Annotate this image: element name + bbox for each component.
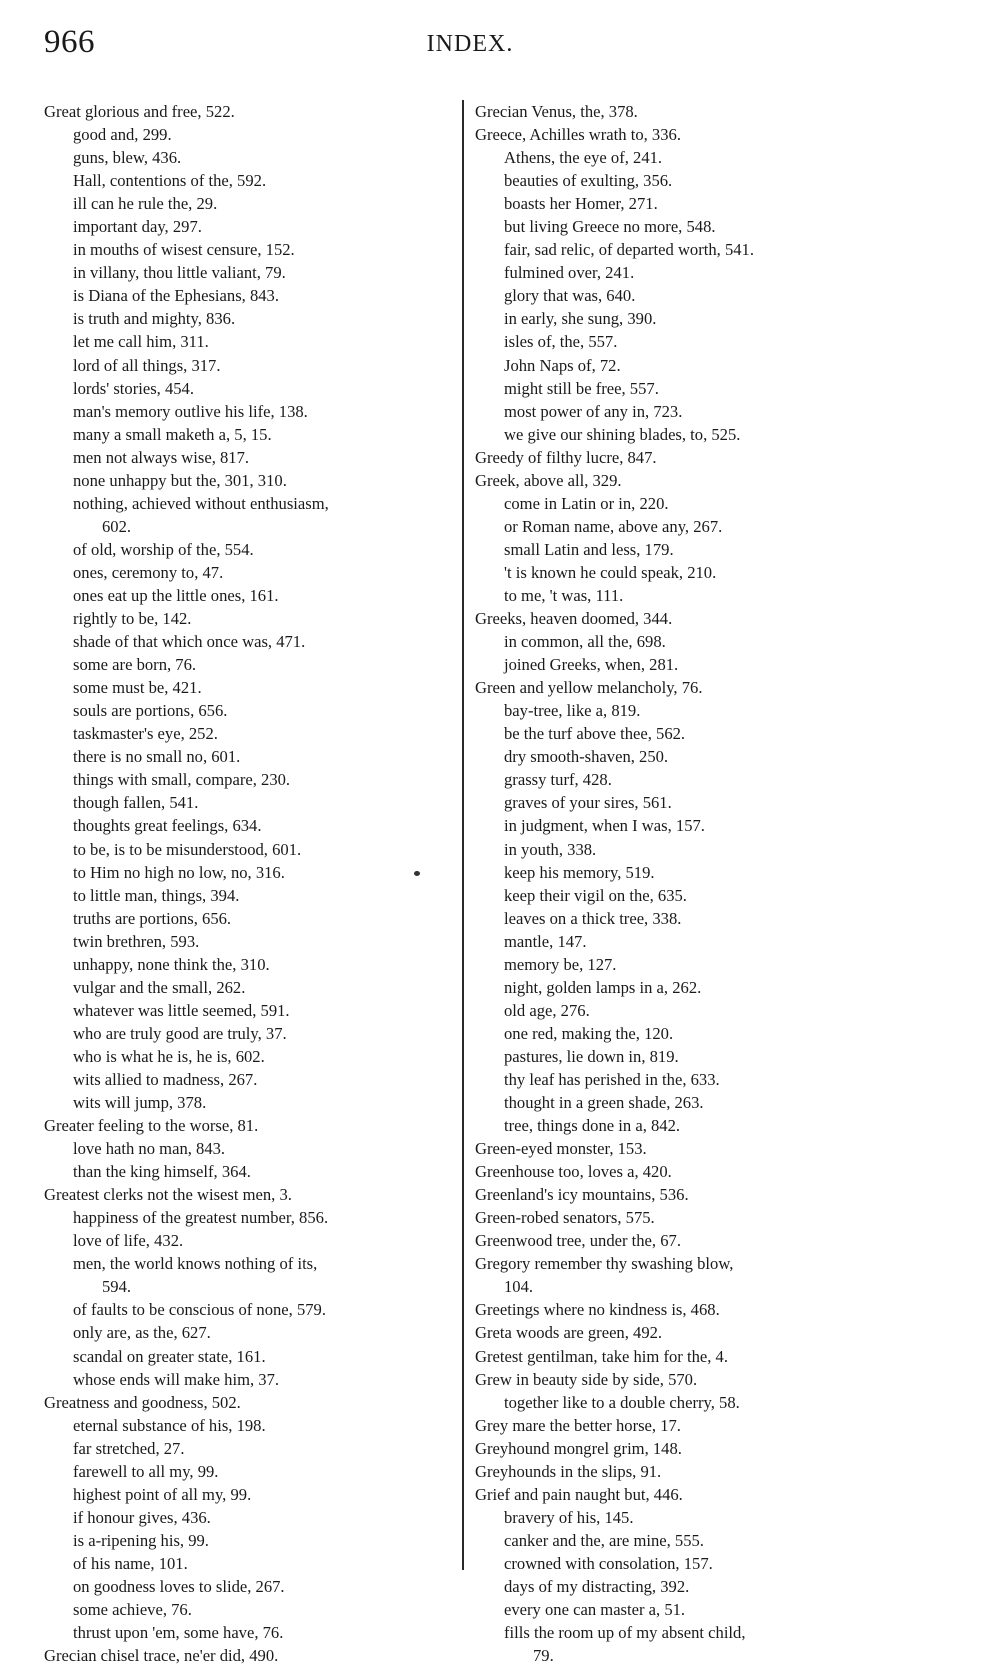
index-subentry: let me call him, 311.: [44, 330, 459, 353]
entry-text: Greta woods are green, 492.: [475, 1323, 662, 1342]
index-subentry: unhappy, none think the, 310.: [44, 953, 459, 976]
entry-text: though fallen, 541.: [73, 793, 198, 812]
entry-text: far stretched, 27.: [73, 1439, 185, 1458]
entry-text: crowned with consolation, 157.: [504, 1554, 713, 1573]
index-subentry: is a-ripening his, 99.: [44, 1529, 459, 1552]
index-subentry: of his name, 101.: [44, 1552, 459, 1575]
index-entry-heading: Greenland's icy mountains, 536.: [475, 1183, 915, 1206]
running-head: INDEX.: [0, 26, 940, 62]
index-subentry: vulgar and the small, 262.: [44, 976, 459, 999]
index-subentry: memory be, 127.: [475, 953, 915, 976]
index-subentry: wits will jump, 378.: [44, 1091, 459, 1114]
entry-text: memory be, 127.: [504, 955, 616, 974]
entry-text: who is what he is, he is, 602.: [73, 1047, 265, 1066]
entry-text: Gretest gentilman, take him for the, 4.: [475, 1347, 728, 1366]
index-entry-heading: Grecian chisel trace, ne'er did, 490.: [44, 1644, 459, 1667]
entry-text: to be, is to be misunderstood, 601.: [73, 840, 301, 859]
index-entry-heading: Gretest gentilman, take him for the, 4.: [475, 1345, 915, 1368]
index-subentry: happiness of the greatest number, 856.: [44, 1206, 459, 1229]
index-entry-heading: Greyhound mongrel grim, 148.: [475, 1437, 915, 1460]
entry-text: night, golden lamps in a, 262.: [504, 978, 701, 997]
entry-text: of his name, 101.: [73, 1554, 188, 1573]
index-entry-heading: Greeks, heaven doomed, 344.: [475, 607, 915, 630]
index-entry-heading: Greetings where no kindness is, 468.: [475, 1298, 915, 1321]
entry-text: Grecian chisel trace, ne'er did, 490.: [44, 1646, 278, 1665]
index-subentry: isles of, the, 557.: [475, 330, 915, 353]
entry-text: lord of all things, 317.: [73, 356, 221, 375]
index-subentry: one red, making the, 120.: [475, 1022, 915, 1045]
index-subentry: there is no small no, 601.: [44, 745, 459, 768]
entry-text: days of my distracting, 392.: [504, 1577, 689, 1596]
index-subentry: beauties of exulting, 356.: [475, 169, 915, 192]
entry-text: nothing, achieved without enthusiasm,: [73, 494, 329, 513]
entry-text: isles of, the, 557.: [504, 332, 617, 351]
index-subentry: Hall, contentions of the, 592.: [44, 169, 459, 192]
index-subentry: on goodness loves to slide, 267.: [44, 1575, 459, 1598]
entry-page-continuation: 79.: [504, 1644, 915, 1667]
entry-text: Greenhouse too, loves a, 420.: [475, 1162, 672, 1181]
index-subentry: to little man, things, 394.: [44, 884, 459, 907]
entry-text: fulmined over, 241.: [504, 263, 634, 282]
index-subentry: fills the room up of my absent child,79.: [475, 1621, 915, 1667]
index-subentry: taskmaster's eye, 252.: [44, 722, 459, 745]
entry-text: farewell to all my, 99.: [73, 1462, 218, 1481]
entry-text: thought in a green shade, 263.: [504, 1093, 704, 1112]
entry-page-continuation: 104.: [475, 1275, 915, 1298]
index-subentry: some achieve, 76.: [44, 1598, 459, 1621]
entry-text: Hall, contentions of the, 592.: [73, 171, 266, 190]
index-subentry: souls are portions, 656.: [44, 699, 459, 722]
entry-text: dry smooth-shaven, 250.: [504, 747, 668, 766]
index-entry-heading: Greta woods are green, 492.: [475, 1321, 915, 1344]
entry-text: Greeks, heaven doomed, 344.: [475, 609, 672, 628]
index-subentry: fair, sad relic, of departed worth, 541.: [475, 238, 915, 261]
entry-text: Greenland's icy mountains, 536.: [475, 1185, 689, 1204]
entry-text: only are, as the, 627.: [73, 1323, 211, 1342]
index-subentry: tree, things done in a, 842.: [475, 1114, 915, 1137]
entry-text: we give our shining blades, to, 525.: [504, 425, 740, 444]
index-subentry: ones, ceremony to, 47.: [44, 561, 459, 584]
entry-text: thrust upon 'em, some have, 76.: [73, 1623, 283, 1642]
entry-text: old age, 276.: [504, 1001, 590, 1020]
index-column-left: Great glorious and free, 522.good and, 2…: [44, 100, 459, 1667]
index-entry-heading: Greek, above all, 329.: [475, 469, 915, 492]
index-subentry: might still be free, 557.: [475, 377, 915, 400]
entry-text: twin brethren, 593.: [73, 932, 199, 951]
entry-text: unhappy, none think the, 310.: [73, 955, 270, 974]
entry-text: but living Greece no more, 548.: [504, 217, 716, 236]
entry-text: if honour gives, 436.: [73, 1508, 211, 1527]
index-subentry: grassy turf, 428.: [475, 768, 915, 791]
entry-text: is a-ripening his, 99.: [73, 1531, 209, 1550]
entry-text: is truth and mighty, 836.: [73, 309, 235, 328]
entry-text: rightly to be, 142.: [73, 609, 191, 628]
entry-text: to little man, things, 394.: [73, 886, 239, 905]
entry-text: vulgar and the small, 262.: [73, 978, 245, 997]
entry-text: men not always wise, 817.: [73, 448, 249, 467]
index-subentry: only are, as the, 627.: [44, 1321, 459, 1344]
entry-text: ones, ceremony to, 47.: [73, 563, 223, 582]
index-subentry: of old, worship of the, 554.: [44, 538, 459, 561]
entry-text: Great glorious and free, 522.: [44, 102, 235, 121]
entry-text: men, the world knows nothing of its,: [73, 1254, 317, 1273]
index-subentry: old age, 276.: [475, 999, 915, 1022]
index-subentry: most power of any in, 723.: [475, 400, 915, 423]
index-subentry: in youth, 338.: [475, 838, 915, 861]
entry-text: most power of any in, 723.: [504, 402, 682, 421]
entry-text: leaves on a thick tree, 338.: [504, 909, 681, 928]
entry-text: some must be, 421.: [73, 678, 202, 697]
index-subentry: bravery of his, 145.: [475, 1506, 915, 1529]
index-subentry: if honour gives, 436.: [44, 1506, 459, 1529]
entry-text: thoughts great feelings, 634.: [73, 816, 262, 835]
index-entry-heading: Grief and pain naught but, 446.: [475, 1483, 915, 1506]
entry-text: come in Latin or in, 220.: [504, 494, 669, 513]
index-entry-heading: Greece, Achilles wrath to, 336.: [475, 123, 915, 146]
entry-text: important day, 297.: [73, 217, 202, 236]
index-subentry: who is what he is, he is, 602.: [44, 1045, 459, 1068]
index-subentry: dry smooth-shaven, 250.: [475, 745, 915, 768]
index-subentry: though fallen, 541.: [44, 791, 459, 814]
entry-text: on goodness loves to slide, 267.: [73, 1577, 285, 1596]
index-subentry: good and, 299.: [44, 123, 459, 146]
entry-text: Green-robed senators, 575.: [475, 1208, 655, 1227]
entry-text: whatever was little seemed, 591.: [73, 1001, 290, 1020]
entry-text: love hath no man, 843.: [73, 1139, 225, 1158]
index-subentry: lords' stories, 454.: [44, 377, 459, 400]
entry-text: than the king himself, 364.: [73, 1162, 251, 1181]
index-subentry: we give our shining blades, to, 525.: [475, 423, 915, 446]
entry-text: canker and the, are mine, 555.: [504, 1531, 704, 1550]
index-subentry: some are born, 76.: [44, 653, 459, 676]
index-subentry: whose ends will make him, 37.: [44, 1368, 459, 1391]
index-subentry: keep his memory, 519.: [475, 861, 915, 884]
index-entry-heading: Greater feeling to the worse, 81.: [44, 1114, 459, 1137]
index-subentry: graves of your sires, 561.: [475, 791, 915, 814]
entry-text: Greedy of filthy lucre, 847.: [475, 448, 657, 467]
entry-text: mantle, 147.: [504, 932, 587, 951]
entry-text: bay-tree, like a, 819.: [504, 701, 640, 720]
index-subentry: things with small, compare, 230.: [44, 768, 459, 791]
entry-text: let me call him, 311.: [73, 332, 209, 351]
entry-text: keep their vigil on the, 635.: [504, 886, 687, 905]
entry-text: many a small maketh a, 5, 15.: [73, 425, 272, 444]
entry-text: truths are portions, 656.: [73, 909, 231, 928]
entry-text: be the turf above thee, 562.: [504, 724, 685, 743]
entry-text: love of life, 432.: [73, 1231, 183, 1250]
entry-page-continuation: 602.: [73, 515, 459, 538]
index-subentry: in villany, thou little valiant, 79.: [44, 261, 459, 284]
index-entry-heading: Green-eyed monster, 153.: [475, 1137, 915, 1160]
entry-text: in mouths of wisest censure, 152.: [73, 240, 295, 259]
entry-text: fills the room up of my absent child,: [504, 1623, 746, 1642]
index-entry-heading: Greatness and goodness, 502.: [44, 1391, 459, 1414]
entry-text: in early, she sung, 390.: [504, 309, 656, 328]
index-subentry: nothing, achieved without enthusiasm,602…: [44, 492, 459, 538]
entry-text: whose ends will make him, 37.: [73, 1370, 279, 1389]
index-subentry: in judgment, when I was, 157.: [475, 814, 915, 837]
index-subentry: in common, all the, 698.: [475, 630, 915, 653]
index-subentry: important day, 297.: [44, 215, 459, 238]
ink-speck: [414, 871, 420, 876]
index-subentry: far stretched, 27.: [44, 1437, 459, 1460]
index-subentry: men not always wise, 817.: [44, 446, 459, 469]
entry-text: eternal substance of his, 198.: [73, 1416, 266, 1435]
entry-text: or Roman name, above any, 267.: [504, 517, 722, 536]
index-subentry: some must be, 421.: [44, 676, 459, 699]
index-subentry: whatever was little seemed, 591.: [44, 999, 459, 1022]
index-subentry: canker and the, are mine, 555.: [475, 1529, 915, 1552]
entry-page-continuation: 594.: [73, 1275, 459, 1298]
entry-text: pastures, lie down in, 819.: [504, 1047, 679, 1066]
entry-text: Greater feeling to the worse, 81.: [44, 1116, 258, 1135]
entry-text: Gregory remember thy swashing blow,: [475, 1254, 733, 1273]
index-subentry: in early, she sung, 390.: [475, 307, 915, 330]
index-subentry: to be, is to be misunderstood, 601.: [44, 838, 459, 861]
index-subentry: highest point of all my, 99.: [44, 1483, 459, 1506]
entry-text: highest point of all my, 99.: [73, 1485, 251, 1504]
entry-text: bravery of his, 145.: [504, 1508, 634, 1527]
index-entry-heading: Greyhounds in the slips, 91.: [475, 1460, 915, 1483]
index-subentry: eternal substance of his, 198.: [44, 1414, 459, 1437]
entry-text: Greyhound mongrel grim, 148.: [475, 1439, 682, 1458]
entry-text: thy leaf has perished in the, 633.: [504, 1070, 720, 1089]
entry-text: ill can he rule the, 29.: [73, 194, 217, 213]
index-subentry: mantle, 147.: [475, 930, 915, 953]
index-subentry: shade of that which once was, 471.: [44, 630, 459, 653]
index-subentry: every one can master a, 51.: [475, 1598, 915, 1621]
entry-text: of faults to be conscious of none, 579.: [73, 1300, 326, 1319]
entry-text: Grey mare the better horse, 17.: [475, 1416, 681, 1435]
entry-text: to Him no high no low, no, 316.: [73, 863, 285, 882]
entry-text: one red, making the, 120.: [504, 1024, 673, 1043]
index-subentry: in mouths of wisest censure, 152.: [44, 238, 459, 261]
entry-text: who are truly good are truly, 37.: [73, 1024, 287, 1043]
entry-text: Grew in beauty side by side, 570.: [475, 1370, 697, 1389]
entry-text: souls are portions, 656.: [73, 701, 227, 720]
index-subentry: boasts her Homer, 271.: [475, 192, 915, 215]
index-entry-heading: Green and yellow melancholy, 76.: [475, 676, 915, 699]
entry-text: graves of your sires, 561.: [504, 793, 672, 812]
index-subentry: of faults to be conscious of none, 579.: [44, 1298, 459, 1321]
index-subentry: bay-tree, like a, 819.: [475, 699, 915, 722]
index-entry-heading: Grew in beauty side by side, 570.: [475, 1368, 915, 1391]
index-subentry: thoughts great feelings, 634.: [44, 814, 459, 837]
index-subentry: love of life, 432.: [44, 1229, 459, 1252]
index-subentry: ones eat up the little ones, 161.: [44, 584, 459, 607]
index-subentry: thought in a green shade, 263.: [475, 1091, 915, 1114]
index-subentry: wits allied to madness, 267.: [44, 1068, 459, 1091]
index-subentry: together like to a double cherry, 58.: [475, 1391, 915, 1414]
index-subentry: lord of all things, 317.: [44, 354, 459, 377]
entry-text: tree, things done in a, 842.: [504, 1116, 680, 1135]
entry-text: small Latin and less, 179.: [504, 540, 674, 559]
entry-text: of old, worship of the, 554.: [73, 540, 254, 559]
entry-text: in youth, 338.: [504, 840, 596, 859]
index-subentry: to me, 't was, 111.: [475, 584, 915, 607]
index-subentry: man's memory outlive his life, 138.: [44, 400, 459, 423]
entry-text: none unhappy but the, 301, 310.: [73, 471, 287, 490]
entry-text: taskmaster's eye, 252.: [73, 724, 218, 743]
index-subentry: but living Greece no more, 548.: [475, 215, 915, 238]
entry-text: keep his memory, 519.: [504, 863, 655, 882]
entry-text: joined Greeks, when, 281.: [504, 655, 678, 674]
entry-text: Greetings where no kindness is, 468.: [475, 1300, 720, 1319]
entry-text: together like to a double cherry, 58.: [504, 1393, 740, 1412]
entry-text: to me, 't was, 111.: [504, 586, 623, 605]
index-subentry: glory that was, 640.: [475, 284, 915, 307]
index-subentry: pastures, lie down in, 819.: [475, 1045, 915, 1068]
index-entry-heading: Great glorious and free, 522.: [44, 100, 459, 123]
index-subentry: twin brethren, 593.: [44, 930, 459, 953]
entry-text: every one can master a, 51.: [504, 1600, 685, 1619]
index-subentry: rightly to be, 142.: [44, 607, 459, 630]
index-subentry: none unhappy but the, 301, 310.: [44, 469, 459, 492]
entry-text: Greece, Achilles wrath to, 336.: [475, 125, 681, 144]
index-subentry: be the turf above thee, 562.: [475, 722, 915, 745]
entry-text: Greenwood tree, under the, 67.: [475, 1231, 681, 1250]
entry-text: grassy turf, 428.: [504, 770, 612, 789]
index-entry-heading: Greenhouse too, loves a, 420.: [475, 1160, 915, 1183]
index-subentry: days of my distracting, 392.: [475, 1575, 915, 1598]
column-divider: [462, 100, 464, 1570]
entry-text: Greek, above all, 329.: [475, 471, 622, 490]
entry-text: beauties of exulting, 356.: [504, 171, 672, 190]
index-subentry: come in Latin or in, 220.: [475, 492, 915, 515]
index-subentry: than the king himself, 364.: [44, 1160, 459, 1183]
entry-text: Green and yellow melancholy, 76.: [475, 678, 702, 697]
index-subentry: crowned with consolation, 157.: [475, 1552, 915, 1575]
index-subentry: or Roman name, above any, 267.: [475, 515, 915, 538]
entry-text: in judgment, when I was, 157.: [504, 816, 705, 835]
entry-text: guns, blew, 436.: [73, 148, 181, 167]
entry-text: Grecian Venus, the, 378.: [475, 102, 638, 121]
entry-text: man's memory outlive his life, 138.: [73, 402, 308, 421]
entry-text: in villany, thou little valiant, 79.: [73, 263, 286, 282]
index-subentry: ill can he rule the, 29.: [44, 192, 459, 215]
index-subentry: keep their vigil on the, 635.: [475, 884, 915, 907]
index-subentry: small Latin and less, 179.: [475, 538, 915, 561]
index-entry-heading: Greatest clerks not the wisest men, 3.: [44, 1183, 459, 1206]
index-subentry: leaves on a thick tree, 338.: [475, 907, 915, 930]
index-entry-heading: Greedy of filthy lucre, 847.: [475, 446, 915, 469]
entry-text: 't is known he could speak, 210.: [504, 563, 716, 582]
entry-text: lords' stories, 454.: [73, 379, 194, 398]
entry-text: Greatness and goodness, 502.: [44, 1393, 241, 1412]
index-subentry: love hath no man, 843.: [44, 1137, 459, 1160]
entry-text: glory that was, 640.: [504, 286, 635, 305]
entry-text: scandal on greater state, 161.: [73, 1347, 266, 1366]
index-subentry: fulmined over, 241.: [475, 261, 915, 284]
entry-text: wits will jump, 378.: [73, 1093, 206, 1112]
index-subentry: Athens, the eye of, 241.: [475, 146, 915, 169]
entry-text: some achieve, 76.: [73, 1600, 192, 1619]
entry-text: good and, 299.: [73, 125, 172, 144]
entry-text: Grief and pain naught but, 446.: [475, 1485, 683, 1504]
entry-text: happiness of the greatest number, 856.: [73, 1208, 328, 1227]
index-entry-heading: Grecian Venus, the, 378.: [475, 100, 915, 123]
index-subentry: thrust upon 'em, some have, 76.: [44, 1621, 459, 1644]
index-entry-heading: Greenwood tree, under the, 67.: [475, 1229, 915, 1252]
entry-text: Athens, the eye of, 241.: [504, 148, 662, 167]
index-subentry: many a small maketh a, 5, 15.: [44, 423, 459, 446]
entry-text: in common, all the, 698.: [504, 632, 666, 651]
index-subentry: farewell to all my, 99.: [44, 1460, 459, 1483]
entry-text: is Diana of the Ephesians, 843.: [73, 286, 279, 305]
entry-text: Green-eyed monster, 153.: [475, 1139, 647, 1158]
index-subentry: truths are portions, 656.: [44, 907, 459, 930]
index-subentry: who are truly good are truly, 37.: [44, 1022, 459, 1045]
index-subentry: is Diana of the Ephesians, 843.: [44, 284, 459, 307]
entry-text: fair, sad relic, of departed worth, 541.: [504, 240, 754, 259]
index-subentry: is truth and mighty, 836.: [44, 307, 459, 330]
index-subentry: John Naps of, 72.: [475, 354, 915, 377]
index-entry-heading: Gregory remember thy swashing blow,104.: [475, 1252, 915, 1298]
index-subentry: 't is known he could speak, 210.: [475, 561, 915, 584]
index-entry-heading: Grey mare the better horse, 17.: [475, 1414, 915, 1437]
index-subentry: to Him no high no low, no, 316.: [44, 861, 459, 884]
entry-text: might still be free, 557.: [504, 379, 659, 398]
index-subentry: men, the world knows nothing of its,594.: [44, 1252, 459, 1298]
entry-text: ones eat up the little ones, 161.: [73, 586, 279, 605]
index-subentry: joined Greeks, when, 281.: [475, 653, 915, 676]
entry-text: things with small, compare, 230.: [73, 770, 290, 789]
index-subentry: scandal on greater state, 161.: [44, 1345, 459, 1368]
entry-text: Greatest clerks not the wisest men, 3.: [44, 1185, 292, 1204]
entry-text: some are born, 76.: [73, 655, 196, 674]
entry-text: wits allied to madness, 267.: [73, 1070, 257, 1089]
index-entry-heading: Green-robed senators, 575.: [475, 1206, 915, 1229]
entry-text: there is no small no, 601.: [73, 747, 240, 766]
index-subentry: guns, blew, 436.: [44, 146, 459, 169]
index-subentry: thy leaf has perished in the, 633.: [475, 1068, 915, 1091]
index-subentry: night, golden lamps in a, 262.: [475, 976, 915, 999]
index-column-right: Grecian Venus, the, 378.Greece, Achilles…: [475, 100, 915, 1667]
entry-text: Greyhounds in the slips, 91.: [475, 1462, 661, 1481]
entry-text: John Naps of, 72.: [504, 356, 621, 375]
entry-text: shade of that which once was, 471.: [73, 632, 305, 651]
entry-text: boasts her Homer, 271.: [504, 194, 658, 213]
